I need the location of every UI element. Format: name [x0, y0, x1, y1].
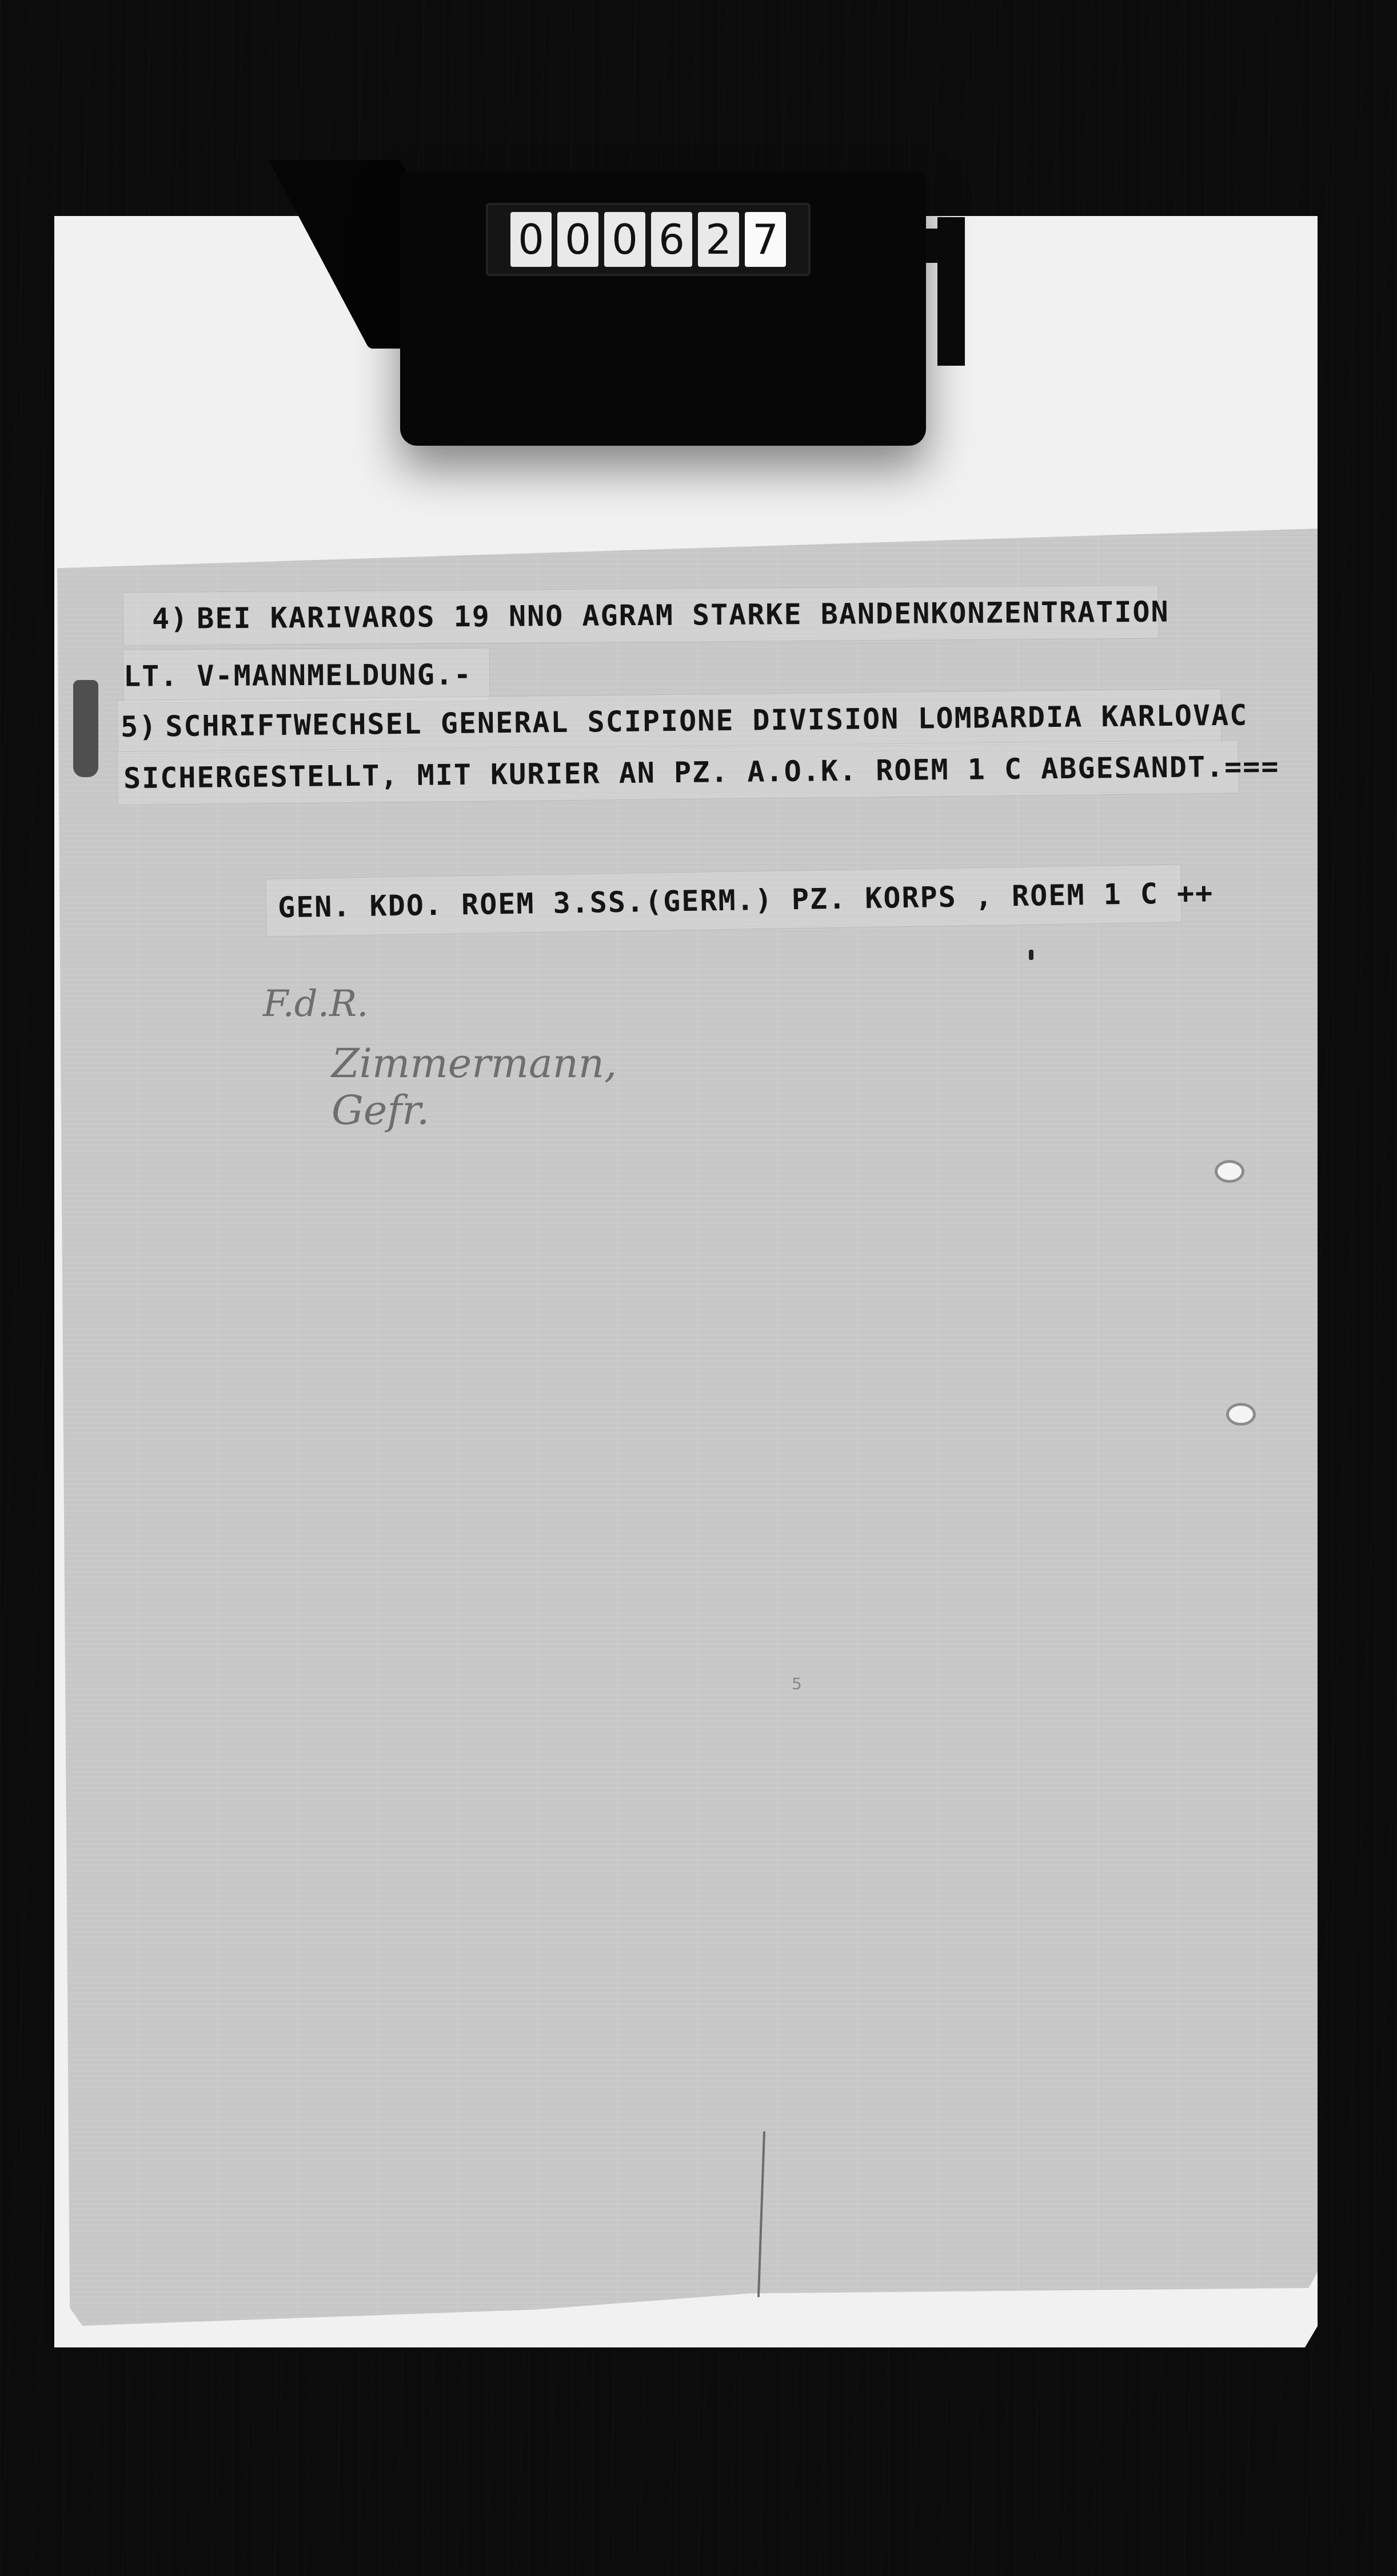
counter-digit: 7: [745, 212, 786, 267]
signature-line-fdr: F.d.R.: [263, 983, 369, 1025]
message-line: LT. V-MANNMELDUNG.-: [123, 658, 472, 693]
message-line: SCHRIFTWECHSEL GENERAL SCIPIONE DIVISION…: [165, 698, 1248, 743]
handwritten-signature: F.d.R. Zimmermann, Gefr.: [257, 983, 657, 1131]
message-line: SICHERGESTELLT, MIT KURIER AN PZ. A.O.K.…: [123, 750, 1280, 795]
counter-digit: 2: [698, 212, 739, 267]
punch-hole-icon: [1215, 1160, 1244, 1183]
teletype-strip: LT. V-MANNMELDUNG.-: [123, 647, 490, 703]
counter-knob: [937, 217, 965, 366]
item-number: 5): [121, 710, 158, 743]
counter-digit: 0: [510, 212, 552, 267]
frame-counter: 0 0 0 6 2 7: [400, 171, 926, 446]
signature-name: Zimmermann, Gefr.: [332, 1040, 657, 1134]
ink-dot: [1029, 950, 1033, 960]
tape-residue-mark: [73, 680, 98, 777]
sender-line: GEN. KDO. ROEM 3.SS.(GERM.) PZ. KORPS , …: [278, 877, 1214, 925]
counter-digit: 0: [604, 212, 645, 267]
faint-page-mark: 5: [792, 1674, 802, 1693]
punch-hole-icon: [1226, 1403, 1256, 1426]
counter-digit: 6: [651, 212, 692, 267]
teletype-strip: 4) BEI KARIVAROS 19 NNO AGRAM STARKE BAN…: [123, 585, 1159, 646]
item-number: 4): [152, 602, 189, 635]
counter-digit: 0: [557, 212, 598, 267]
counter-window: 0 0 0 6 2 7: [486, 203, 811, 276]
message-line: BEI KARIVAROS 19 NNO AGRAM STARKE BANDEN…: [197, 595, 1170, 635]
